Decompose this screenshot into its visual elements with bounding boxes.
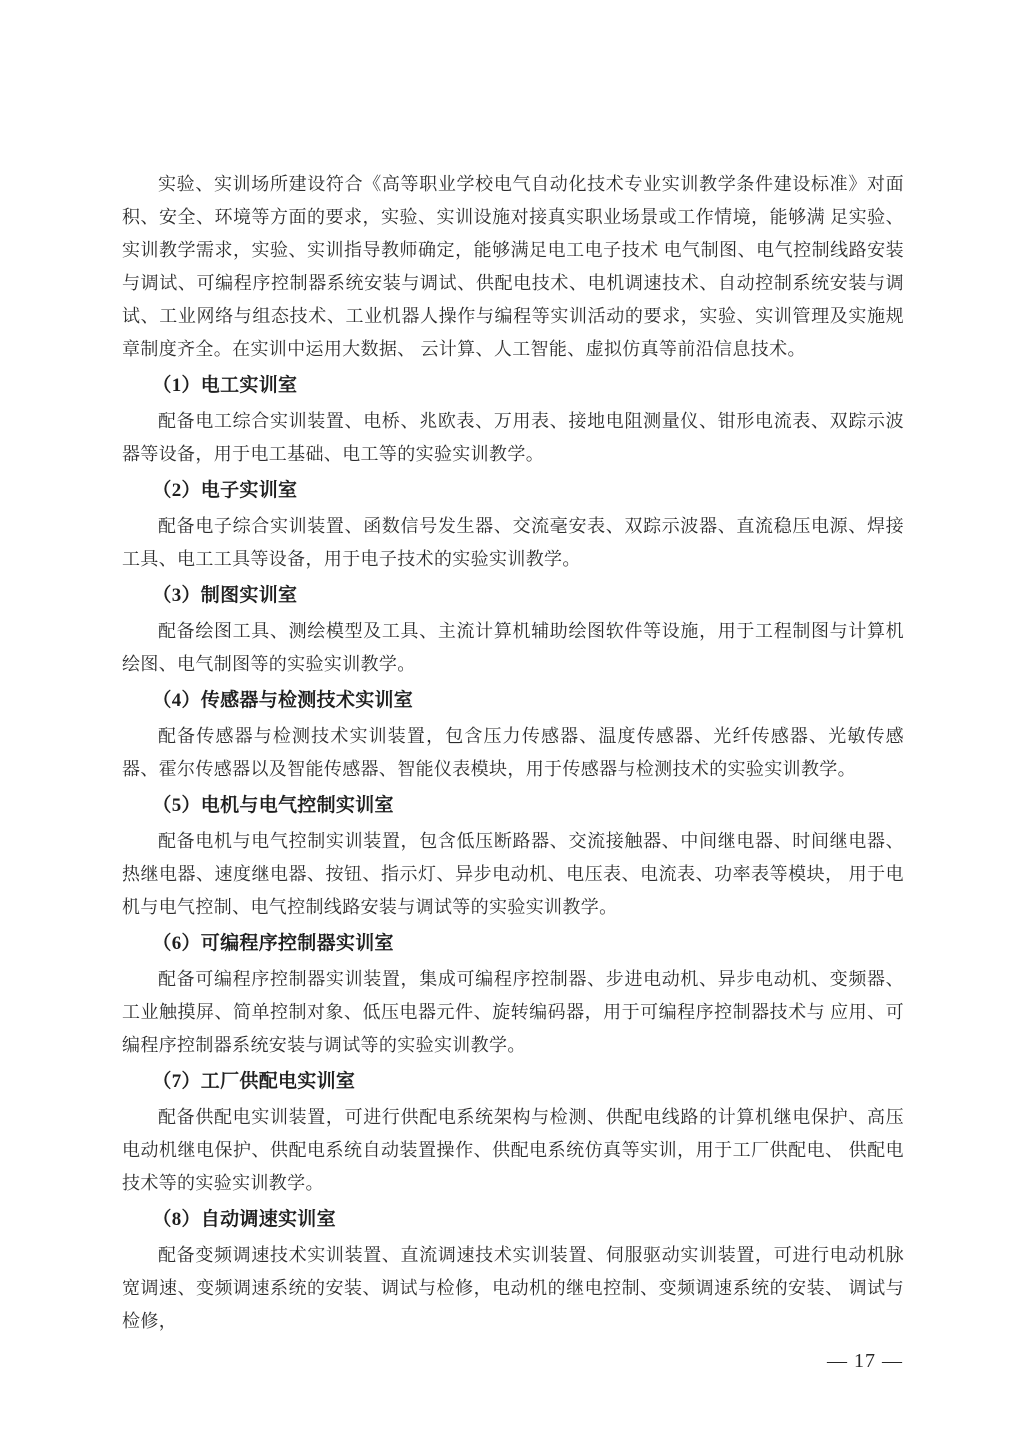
section-paragraph: 配备绘图工具、测绘模型及工具、主流计算机辅助绘图软件等设施，用于工程制图与计算机… [122,615,904,681]
section-heading: （8）自动调速实训室 [122,1203,904,1236]
section-heading: （5）电机与电气控制实训室 [122,789,904,822]
section-paragraph: 配备传感器与检测技术实训装置，包含压力传感器、温度传感器、光纤传感器、光敏传感器… [122,720,904,786]
section-paragraph: 配备电子综合实训装置、函数信号发生器、交流毫安表、双踪示波器、直流稳压电源、焊接… [122,510,904,576]
section-heading: （2）电子实训室 [122,474,904,507]
intro-paragraph: 实验、实训场所建设符合《高等职业学校电气自动化技术专业实训教学条件建设标准》对面… [122,168,904,366]
section-paragraph: 配备电工综合实训装置、电桥、兆欧表、万用表、接地电阻测量仪、钳形电流表、双踪示波… [122,405,904,471]
section-heading: （6）可编程序控制器实训室 [122,927,904,960]
section-heading: （1）电工实训室 [122,369,904,402]
section-heading: （4）传感器与检测技术实训室 [122,684,904,717]
section-heading: （3）制图实训室 [122,579,904,612]
section-heading: （7）工厂供配电实训室 [122,1065,904,1098]
text-block: 实验、实训场所建设符合《高等职业学校电气自动化技术专业实训教学条件建设标准》对面… [122,168,904,1338]
section-paragraph: 配备电机与电气控制实训装置，包含低压断路器、交流接触器、中间继电器、时间继电器、… [122,825,904,924]
page-number: — 17 — [827,1350,903,1373]
section-paragraph: 配备可编程序控制器实训装置，集成可编程序控制器、步进电动机、异步电动机、变频器、… [122,963,904,1062]
sections-container: （1）电工实训室 配备电工综合实训装置、电桥、兆欧表、万用表、接地电阻测量仪、钳… [122,369,904,1338]
section-paragraph: 配备供配电实训装置，可进行供配电系统架构与检测、供配电线路的计算机继电保护、高压… [122,1101,904,1200]
section-paragraph: 配备变频调速技术实训装置、直流调速技术实训装置、伺服驱动实训装置，可进行电动机脉… [122,1239,904,1338]
document-page: 实验、实训场所建设符合《高等职业学校电气自动化技术专业实训教学条件建设标准》对面… [0,0,1024,1448]
